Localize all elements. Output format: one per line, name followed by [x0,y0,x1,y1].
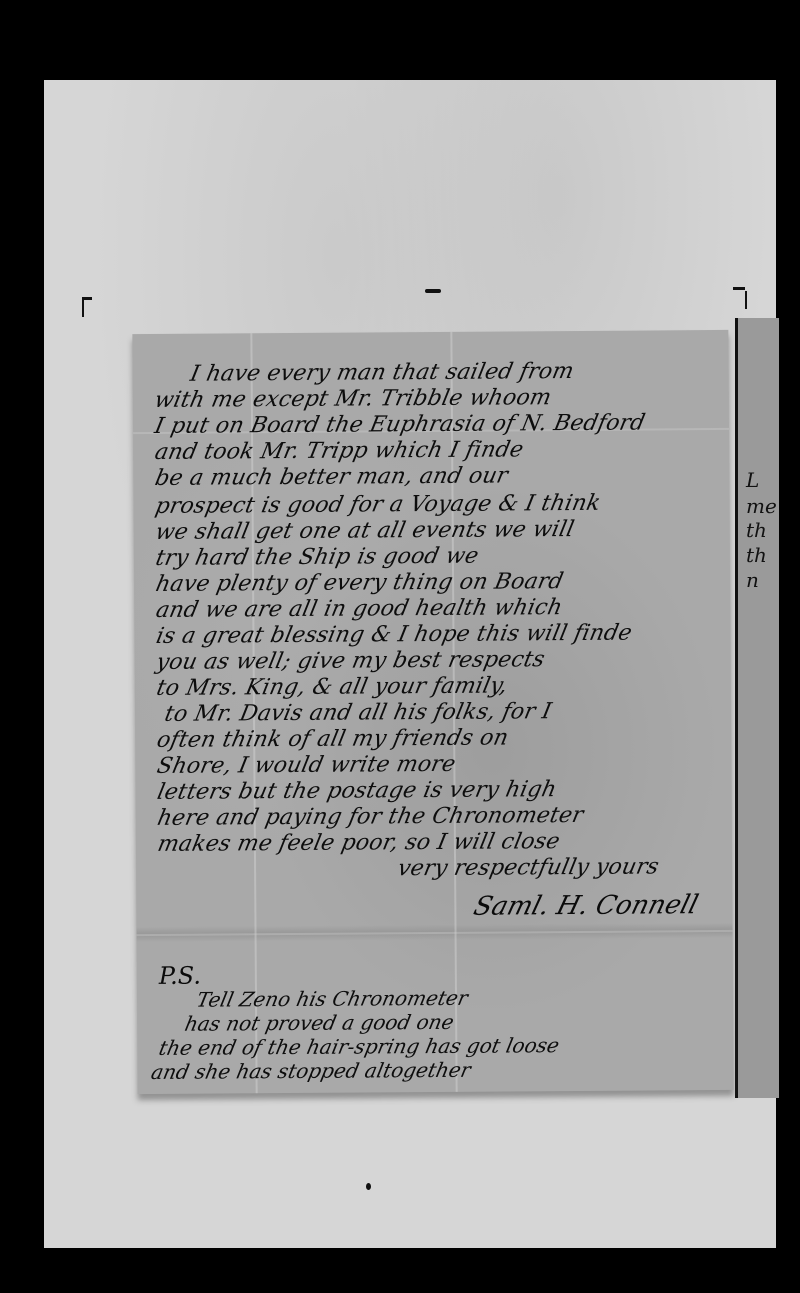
letter-line: prospect is good for a Voyage & I think [153,491,603,519]
letter-line: to Mr. Davis and all his folks, for I [162,699,553,727]
fold-line-horizontal [137,930,733,936]
letter-line: I put on Board the Euphrasia of N. Bedfo… [152,410,647,438]
postscript-label: P.S. [159,962,201,990]
top-center-mark [425,289,441,293]
corner-mark-right [733,287,745,290]
letter-line: letters but the postage is very high [155,777,559,805]
letter-line: I have every man that sailed from [188,359,576,387]
letter-line: Shore, I would write more [155,752,458,779]
letter-line: you as well; give my best respects [154,647,547,675]
handwritten-letter: I have every man that sailed from with m… [132,330,733,1094]
letter-line: to Mrs. King, & all your family, [154,673,509,700]
letter-line: we shall get one at all events we will [153,517,576,545]
fragment-text: me [746,494,777,518]
corner-mark-left-stem [82,299,84,317]
postscript-line: and she has stopped altogether [149,1058,473,1084]
letter-line: often think of all my friends on [155,725,511,752]
adjacent-page-edge: L me th th n [735,318,779,1098]
fragment-text: th [746,543,767,567]
ink-speck [366,1183,371,1190]
letter-line: and we are all in good health which [154,595,565,623]
fragment-text: n [746,568,759,592]
letter-line: have plenty of every thing on Board [154,569,566,597]
postscript-line: Tell Zeno his Chronometer [195,986,471,1012]
letter-line: and took Mr. Tripp which I finde [153,437,526,465]
fragment-text: L [746,468,759,492]
letter-closing: very respectfully yours [396,854,662,881]
signature: Saml. H. Connell [470,890,701,922]
letter-line: with me except Mr. Tribble whoom [152,385,553,413]
letter-line: makes me feele poor, so I will close [155,829,562,857]
letter-line: be a much better man, and our [153,463,510,490]
letter-line: here and paying for the Chronometer [155,803,585,831]
letter-line: is a great blessing & I hope this will f… [154,621,634,649]
postscript-line: has not proved a good one [183,1010,456,1036]
postscript-line: the end of the hair-spring has got loose [157,1033,562,1060]
fragment-text: th [746,518,767,542]
letter-line: try hard the Ship is good we [153,544,481,571]
corner-mark-right-stem [745,291,747,309]
